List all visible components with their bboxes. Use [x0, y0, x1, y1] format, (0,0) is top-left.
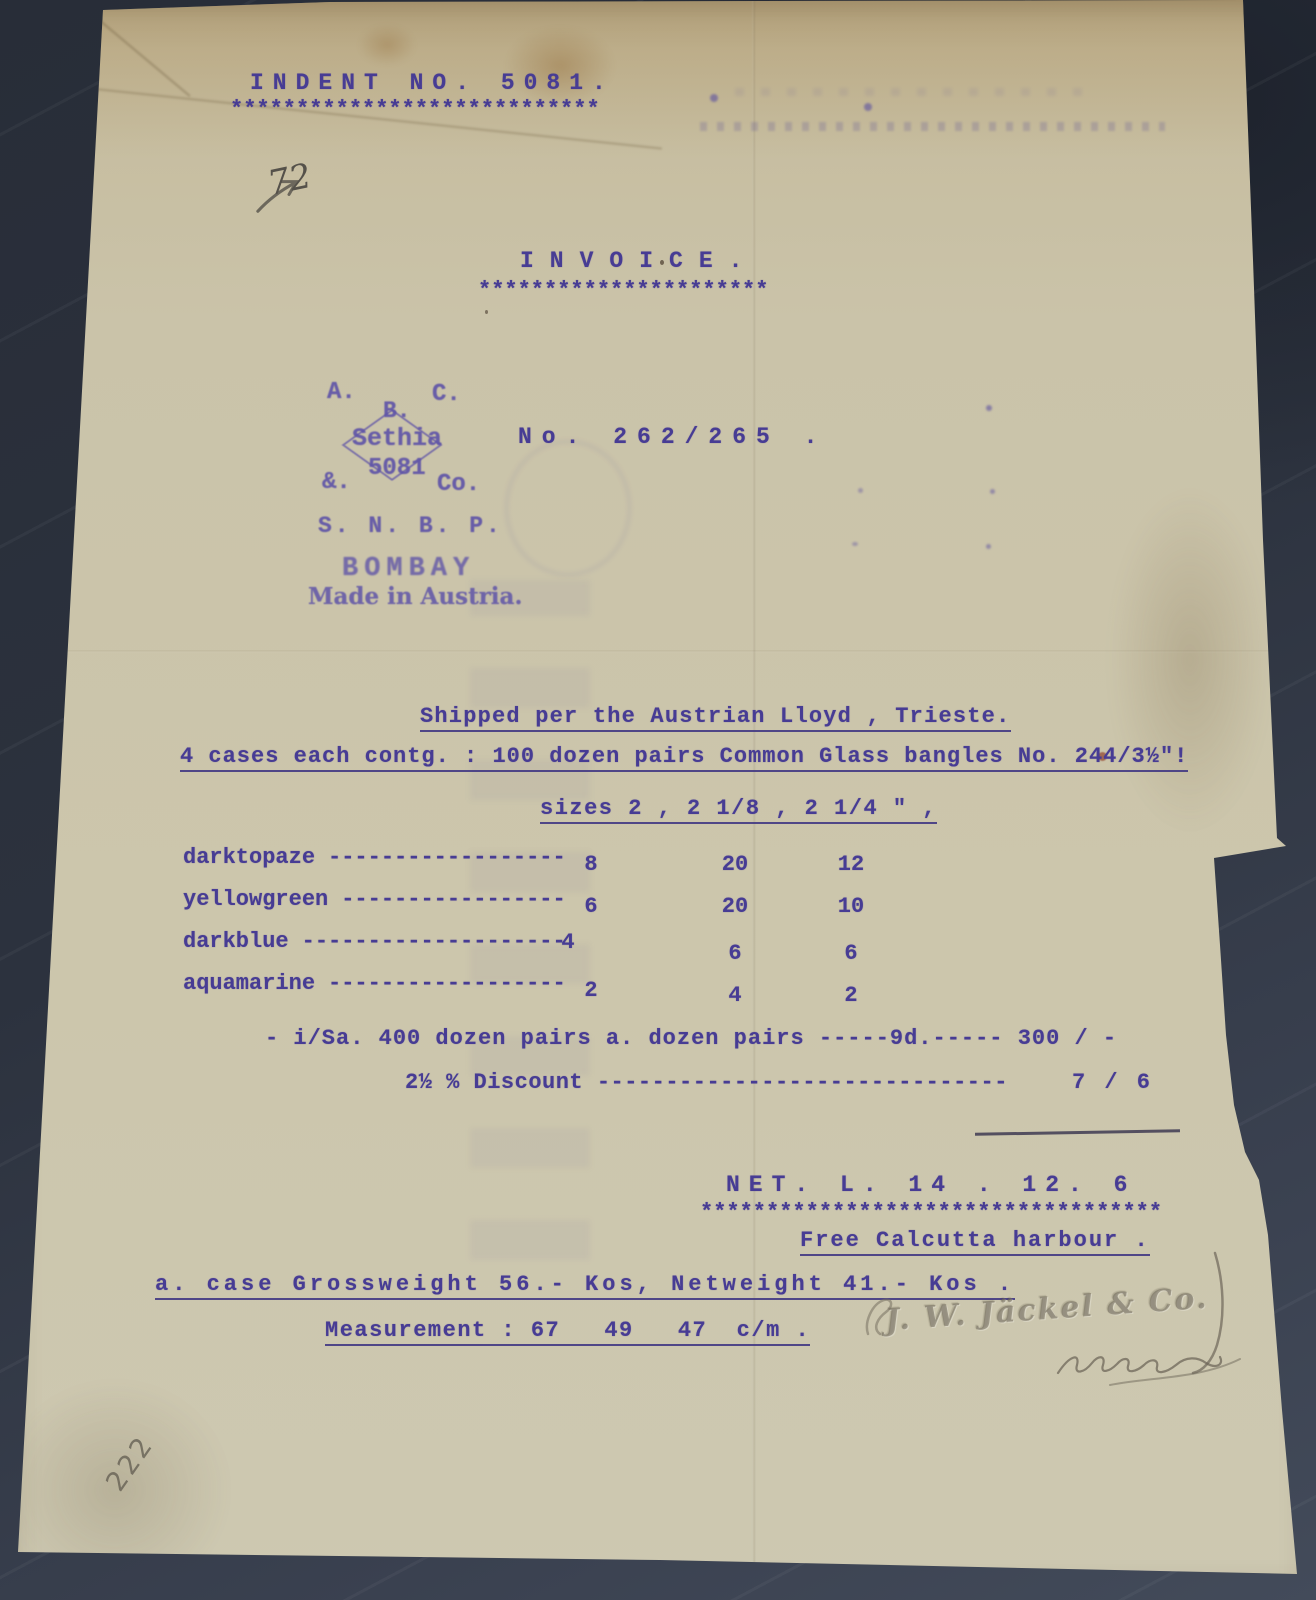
contents-line-text: 4 cases each contg. : 100 dozen pairs Co…: [180, 744, 1188, 772]
row-label: yellowgreen-----------------: [183, 887, 566, 913]
measurement-line-text: Measurement : 67 49 47 c/m .: [325, 1318, 810, 1346]
measurement-line: Measurement : 67 49 47 c/m .: [325, 1318, 810, 1344]
shipped-line-text: Shipped per the Austrian Lloyd , Trieste…: [420, 704, 1011, 732]
ink-dot: [864, 103, 872, 111]
ink-speck: [485, 310, 488, 314]
row-dashes: ------------------: [315, 845, 566, 870]
stamp-letter-a: A.: [327, 380, 356, 406]
table-row: aquamarine------------------ 2 4 2: [0, 971, 1316, 1001]
stamp-amp: &.: [322, 470, 351, 496]
pencil-stroke: [250, 176, 307, 226]
ink-dot: [710, 94, 718, 102]
row-value: 6: [568, 894, 614, 920]
corner-crease: [97, 18, 190, 97]
total-rule: [975, 1129, 1180, 1136]
ink-dot: [990, 489, 995, 494]
stamp-ghost-ring: [505, 440, 631, 576]
invoice-paper: INDENT NO. 5081. ***********************…: [0, 0, 1316, 1600]
indent-heading: INDENT NO. 5081.: [250, 70, 615, 96]
ink-dot: [858, 488, 863, 493]
contents-line: 4 cases each contg. : 100 dozen pairs Co…: [180, 744, 1188, 770]
fold-crease-horizontal: [0, 650, 1316, 653]
row-value: 6: [712, 941, 758, 967]
company-flourish: [858, 1292, 918, 1342]
row-dashes: ------------------: [315, 971, 566, 996]
row-dashes: -----------------: [328, 887, 565, 912]
ink-dot: [852, 542, 858, 546]
stain-top-band: [0, 0, 1316, 160]
discount-line: 2½ % Discount --------------------------…: [405, 1070, 1008, 1096]
stamp-name: Sethia: [352, 426, 442, 452]
stamp-snbp: S. N. B. P.: [318, 513, 503, 539]
row-value: 2: [828, 983, 874, 1009]
stamp-bombay: BOMBAY: [342, 556, 475, 582]
stamp-letter-c: C.: [432, 382, 461, 408]
photo-background: { "colors":{"ink":"#473c94","stamp_ink":…: [0, 0, 1316, 1600]
row-value: 4: [712, 983, 758, 1009]
row-label: darktopaze------------------: [183, 845, 566, 871]
row-value: 10: [828, 894, 874, 920]
row-dashes: --------------------: [289, 929, 566, 954]
row-value: 2: [568, 978, 614, 1004]
bleedthrough-column: [470, 580, 590, 1260]
table-row: darktopaze------------------ 8 20 12: [0, 845, 1316, 875]
sizes-header-text: sizes 2 , 2 1/8 , 2 1/4 " ,: [540, 796, 937, 824]
table-row: darkblue-------------------- 4 6 6: [0, 929, 1316, 959]
sum-line: - i/Sa. 400 dozen pairs a. dozen pairs -…: [265, 1026, 1117, 1052]
row-value: 6: [828, 941, 874, 967]
row-value: 12: [828, 852, 874, 878]
stamp-origin: Made in Austria.: [308, 584, 522, 610]
net-asterisk-underline: ***********************************: [700, 1200, 1162, 1226]
stamp-number: 5081: [368, 456, 426, 482]
ink-dot: [986, 405, 992, 411]
typewriter-ghost-line: [735, 88, 1085, 96]
signature: [1010, 1245, 1250, 1405]
typewriter-ghost-line: [700, 122, 1165, 131]
invoice-number: No. 262/265 .: [518, 424, 827, 450]
shipped-line: Shipped per the Austrian Lloyd , Trieste…: [420, 704, 1011, 730]
sizes-header: sizes 2 , 2 1/8 , 2 1/4 " ,: [540, 796, 937, 822]
row-value: 20: [712, 852, 758, 878]
invoice-title: INVOICE.: [520, 248, 758, 274]
row-value: 20: [712, 894, 758, 920]
stamp-co: Co.: [437, 472, 480, 498]
stain-foxing: [358, 24, 416, 66]
indent-asterisk-underline: ****************************: [230, 97, 600, 123]
ink-dot: [986, 544, 991, 549]
stain-right-patch: [1110, 490, 1270, 830]
row-value: 8: [568, 852, 614, 878]
stamp-letter-b: B.: [383, 398, 411, 424]
row-label: aquamarine------------------: [183, 971, 566, 997]
pencil-note-222: 222: [100, 1430, 160, 1497]
row-value: 4: [545, 930, 591, 956]
pencil-note-72: 72: [264, 156, 315, 204]
row-label: darkblue--------------------: [183, 929, 566, 955]
net-amount: NET. L. 14 . 12. 6: [726, 1172, 1136, 1198]
invoice-asterisk-underline: **********************: [478, 278, 768, 304]
table-row: yellowgreen----------------- 6 20 10: [0, 887, 1316, 917]
discount-value: 7 / 6: [1072, 1070, 1153, 1096]
